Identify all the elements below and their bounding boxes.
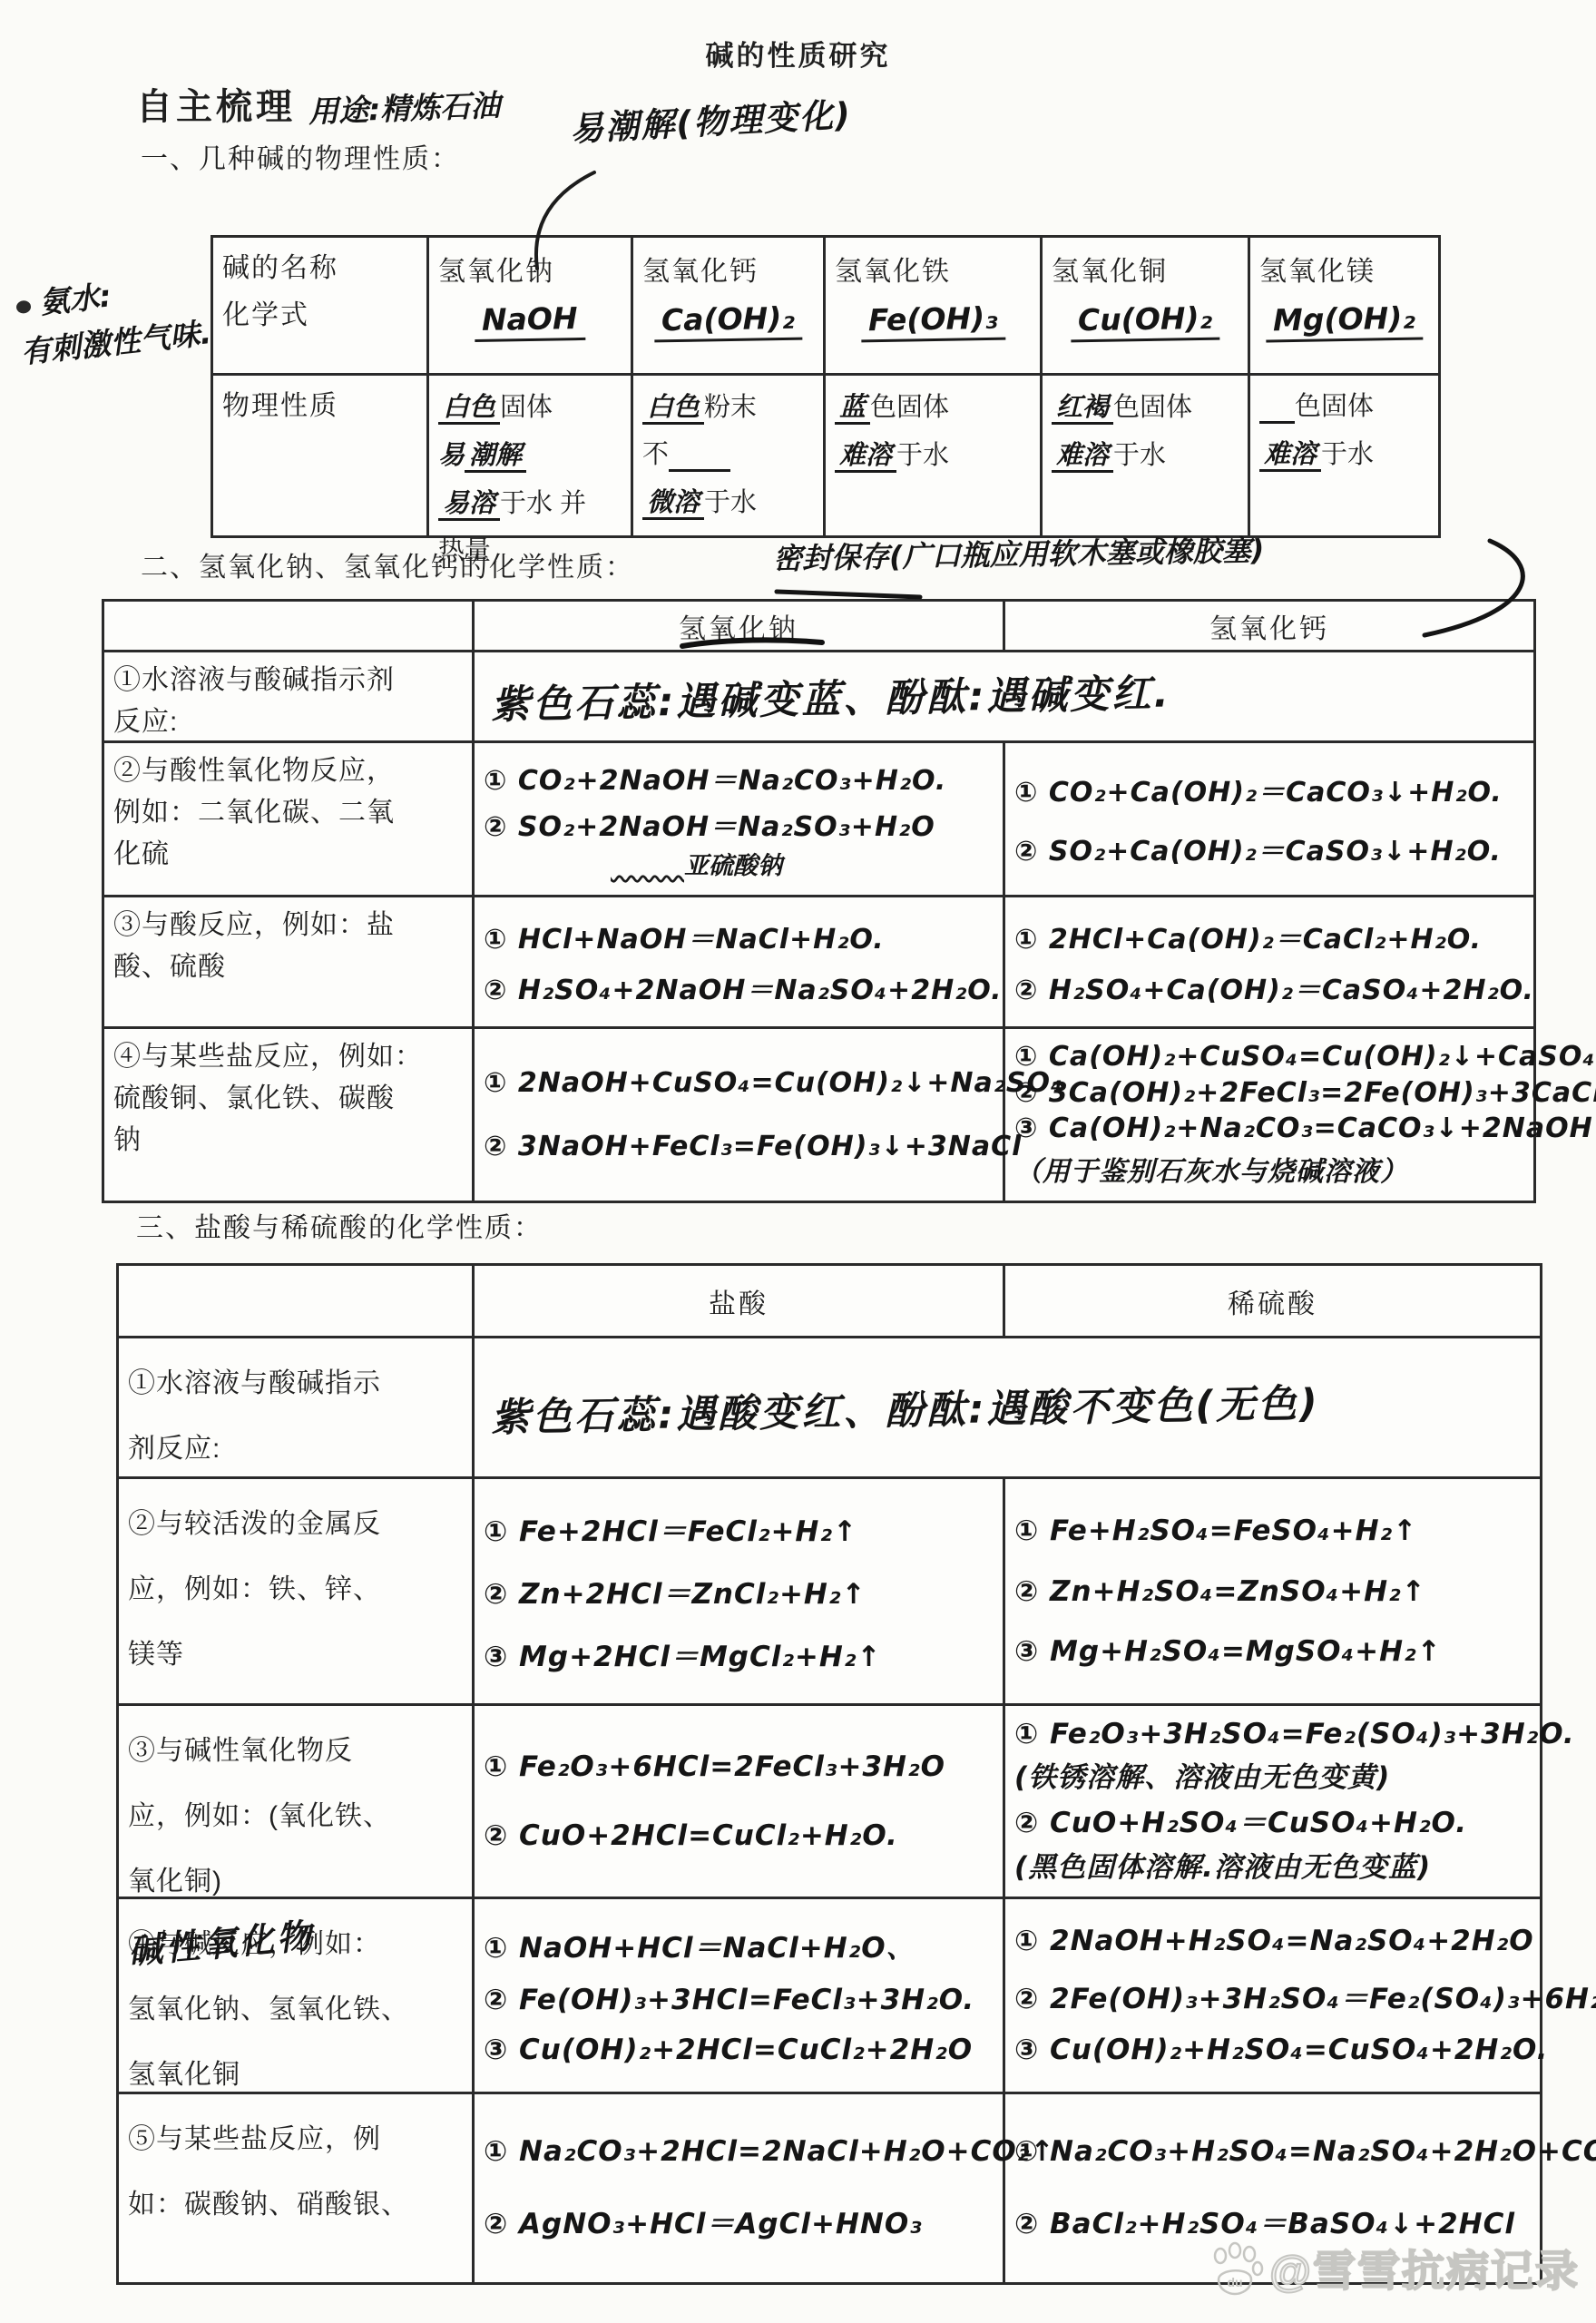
printed-text: 粉末 xyxy=(704,393,757,422)
row-label: ④与某些盐反应，例如：硫酸铜、氯化铁、碳酸钠 xyxy=(104,1029,475,1203)
row-label-line: ③与酸反应，例如：盐 xyxy=(113,905,463,946)
indicator-handwritten-cell: 紫色石蕊:遇酸变红、酚酞:遇酸不变色(无色) xyxy=(475,1338,1542,1479)
equation-line: ② CuO+2HCl=CuCl₂+H₂O. xyxy=(484,1819,994,1852)
row-label: ③与碱性氧化物反应，例如：(氧化铁、氧化铜)碱性氧化物 xyxy=(119,1706,475,1899)
equations-cell-right: ① Fe+H₂SO₄=FeSO₄+H₂↑② Zn+H₂SO₄=ZnSO₄+H₂↑… xyxy=(1005,1479,1542,1706)
svg-text:du: du xyxy=(1228,2275,1243,2289)
equation-line: ③ Mg+H₂SO₄=MgSO₄+H₂↑ xyxy=(1014,1635,1531,1668)
equation-line: (铁锈溶解、溶液由无色变黄) xyxy=(1014,1754,1531,1795)
equation-line: ① 2HCl+Ca(OH)₂＝CaCl₂+H₂O. xyxy=(1014,916,1524,956)
row-label-line: 反应: xyxy=(113,701,463,743)
row-label: ③与酸反应，例如：盐酸、硫酸 xyxy=(104,897,475,1029)
handwritten-indicator-text: 紫色石蕊:遇碱变蓝、酚酞:遇碱变红. xyxy=(491,662,1172,730)
row-label-line: 钠 xyxy=(113,1120,463,1161)
equation-line: ③ Cu(OH)₂+2HCl=CuCl₂+2H₂O xyxy=(484,2034,994,2066)
handwritten-note: 亚硫酸钠 xyxy=(611,846,994,881)
bullet-dot-icon xyxy=(15,299,31,314)
formula-wrap: Mg(OH)₂ xyxy=(1259,289,1429,341)
equations-cell-left: ① HCl+NaOH＝NaCl+H₂O.② H₂SO₄+2NaOH＝Na₂SO₄… xyxy=(475,897,1005,1029)
intro-heading: 自主梳理 xyxy=(136,87,296,127)
printed-text: 于水 xyxy=(1113,441,1166,470)
table1-header-cell: 氢氧化钙Ca(OH)₂ xyxy=(633,238,826,376)
equations-cell-right: ① 2NaOH+H₂SO₄=Na₂SO₄+2H₂O② 2Fe(OH)₃+3H₂S… xyxy=(1005,1899,1542,2094)
equation-line: ② 2Fe(OH)₃+3H₂SO₄＝Fe₂(SO₄)₃+6H₂O. xyxy=(1014,1975,1531,2016)
equation-line: ① Fe+2HCl＝FeCl₂+H₂↑ xyxy=(484,1508,994,1549)
equations-cell-right: ① 2HCl+Ca(OH)₂＝CaCl₂+H₂O.② H₂SO₄+Ca(OH)₂… xyxy=(1005,897,1536,1029)
property-line: 难溶于水 xyxy=(1052,431,1239,479)
equation-line: ② SO₂+Ca(OH)₂＝CaSO₃↓+H₂O. xyxy=(1014,828,1524,868)
equation-line: ① Fe₂O₃+3H₂SO₄=Fe₂(SO₄)₃+3H₂O. xyxy=(1014,1718,1531,1750)
row-label-line: ②与酸性氧化物反应， xyxy=(113,750,463,792)
wavy-underline xyxy=(611,852,684,880)
base-name: 氢氧化铁 xyxy=(835,249,1031,289)
physical-properties-table: 碱的名称化学式氢氧化钠NaOH氢氧化钙Ca(OH)₂氢氧化铁Fe(OH)₃氢氧化… xyxy=(211,235,1441,538)
equation-line: ① NaOH+HCl＝NaCl+H₂O、 xyxy=(484,1925,994,1965)
property-line: 微溶于水 xyxy=(642,478,814,526)
section1-annotation-handwritten: 易潮解(物理变化) xyxy=(569,87,853,151)
property-line: 色固体 xyxy=(1259,383,1429,430)
corner-cell xyxy=(119,1266,475,1338)
section2-heading: 二、氢氧化钠、氢氧化钙的化学性质： xyxy=(141,544,634,584)
equation-line: ② 3Ca(OH)₂+2FeCl₃=2Fe(OH)₃+3CaCl₂ xyxy=(1014,1077,1524,1109)
row-label-line: ①水溶液与酸碱指示剂 xyxy=(113,660,463,701)
row-label-line: 应，例如：(氧化铁、 xyxy=(128,1784,463,1849)
handwritten-fill: 难溶 xyxy=(1052,439,1113,473)
equation-line: ② Fe(OH)₃+3HCl=FeCl₃+3H₂O. xyxy=(484,1984,994,2016)
printed-text: 色固体 xyxy=(870,393,949,422)
row-label-line: 应，例如：铁、锌、 xyxy=(128,1557,463,1622)
equations-cell-left: ① Fe₂O₃+6HCl=2FeCl₃+3H₂O② CuO+2HCl=CuCl₂… xyxy=(475,1706,1005,1899)
handwritten-formula: Fe(OH)₃ xyxy=(860,300,1004,343)
printed-text: 于水 xyxy=(1321,440,1374,469)
handwritten-fill: 红褐 xyxy=(1052,391,1113,425)
handwritten-fill: 难溶 xyxy=(835,439,896,473)
property-line: 易潮解 xyxy=(438,431,622,479)
scanned-worksheet-page: 碱的性质研究 自主梳理用途:精炼石油 一、几种碱的物理性质： 易潮解(物理变化)… xyxy=(0,0,1596,2323)
table1-physical-cell: 白色固体易潮解易溶于水 并热量 xyxy=(429,376,633,538)
margin-note-handwritten: 氨水: 有刺激性气味. xyxy=(14,262,213,376)
section3-heading: 三、盐酸与稀硫酸的化学性质： xyxy=(136,1205,543,1245)
equation-line: ① Fe₂O₃+6HCl=2FeCl₃+3H₂O xyxy=(484,1750,994,1783)
equations-cell-left: ① 2NaOH+CuSO₄=Cu(OH)₂↓+Na₂SO₄② 3NaOH+FeC… xyxy=(475,1029,1005,1203)
table1-physical-cell: 红褐色固体难溶于水 xyxy=(1043,376,1250,538)
equation-line: ② Zn+H₂SO₄=ZnSO₄+H₂↑ xyxy=(1014,1575,1531,1608)
equation-line: （用于鉴别石灰水与烧碱溶液） xyxy=(1014,1149,1524,1189)
row-label: ⑤与某些盐反应，例如：碳酸钠、硝酸银、 xyxy=(119,2094,475,2285)
row-label-line: ③与碱性氧化物反 xyxy=(128,1719,463,1784)
property-line: 蓝色固体 xyxy=(835,383,1031,431)
column-header: 盐酸 xyxy=(475,1266,1005,1338)
property-line: 难溶于水 xyxy=(1259,430,1429,478)
equations-cell-left: ① Fe+2HCl＝FeCl₂+H₂↑② Zn+2HCl＝ZnCl₂+H₂↑③ … xyxy=(475,1479,1005,1706)
equation-line: ① HCl+NaOH＝NaCl+H₂O. xyxy=(484,916,994,956)
property-line: 易溶于水 并 xyxy=(438,479,622,527)
indicator-handwritten-cell: 紫色石蕊:遇碱变蓝、酚酞:遇碱变红. xyxy=(475,652,1536,743)
handwritten-formula: NaOH xyxy=(475,300,585,342)
handwritten-fill: 白色 xyxy=(438,391,500,425)
printed-text xyxy=(1259,392,1295,424)
handwritten-fill: 蓝 xyxy=(835,391,870,425)
equation-line: ① CO₂+2NaOH＝Na₂CO₃+H₂O. xyxy=(484,758,994,798)
equations-cell-left: ① CO₂+2NaOH＝Na₂CO₃+H₂O.② SO₂+2NaOH＝Na₂SO… xyxy=(475,743,1005,897)
equations-cell-left: ① Na₂CO₃+2HCl=2NaCl+H₂O+CO₂↑② AgNO₃+HCl＝… xyxy=(475,2094,1005,2285)
base-name: 氢氧化镁 xyxy=(1259,249,1429,289)
printed-text xyxy=(669,440,730,472)
base-name: 氢氧化钠 xyxy=(438,249,622,289)
table1-header-cell: 氢氧化铜Cu(OH)₂ xyxy=(1043,238,1250,376)
intro-annotation-handwritten: 用途:精炼石油 xyxy=(308,82,501,131)
equation-line: ① Na₂CO₃+H₂SO₄=Na₂SO₄+2H₂O+CO₂↑ xyxy=(1014,2135,1531,2168)
watermark-text: @雪雪抗病记录 xyxy=(1269,2238,1580,2298)
row-label: ②与较活泼的金属反应，例如：铁、锌、镁等 xyxy=(119,1479,475,1706)
row-label-line: ⑤与某些盐反应，例 xyxy=(128,2107,463,2172)
table1-physical-cell: 白色粉末不 微溶于水 xyxy=(633,376,826,538)
table1-header-cell: 氢氧化铁Fe(OH)₃ xyxy=(826,238,1043,376)
underline-stroke xyxy=(777,592,920,597)
equations-cell-right: ① CO₂+Ca(OH)₂＝CaCO₃↓+H₂O.② SO₂+Ca(OH)₂＝C… xyxy=(1005,743,1536,897)
row-label-line: 酸、硫酸 xyxy=(113,946,463,988)
printed-text: 固体 xyxy=(500,393,553,422)
column-header: 稀硫酸 xyxy=(1005,1266,1542,1338)
handwritten-formula: Cu(OH)₂ xyxy=(1071,300,1220,343)
row-label: ①水溶液与酸碱指示剂反应: xyxy=(104,652,475,743)
handwritten-fill: 易 xyxy=(438,439,465,470)
table1-physical-cell: 蓝色固体难溶于水 xyxy=(826,376,1043,538)
equations-cell-left: ① NaOH+HCl＝NaCl+H₂O、② Fe(OH)₃+3HCl=FeCl₃… xyxy=(475,1899,1005,2094)
handwritten-fill: 微溶 xyxy=(642,486,704,520)
table1-physical-cell: 色固体难溶于水 xyxy=(1250,376,1441,538)
row-label-line: ④与某些盐反应，例如： xyxy=(113,1036,463,1078)
row-label-line: 剂反应: xyxy=(128,1416,463,1482)
hcl-h2so4-chemical-properties-table: 盐酸稀硫酸①水溶液与酸碱指示剂反应:紫色石蕊:遇酸变红、酚酞:遇酸不变色(无色)… xyxy=(116,1263,1542,2285)
equation-line: ① Na₂CO₃+2HCl=2NaCl+H₂O+CO₂↑ xyxy=(484,2135,994,2168)
printed-text: 色固体 xyxy=(1113,393,1192,422)
printed-text: 不 xyxy=(642,440,669,469)
equation-line: ① CO₂+Ca(OH)₂＝CaCO₃↓+H₂O. xyxy=(1014,769,1524,809)
handwritten-fill: 潮解 xyxy=(465,439,526,473)
equation-line: ① 2NaOH+H₂SO₄=Na₂SO₄+2H₂O xyxy=(1014,1925,1531,1957)
row-label-line: ②与较活泼的金属反 xyxy=(128,1492,463,1557)
formula-wrap: Cu(OH)₂ xyxy=(1052,289,1239,341)
equation-line: (黑色固体溶解.溶液由无色变蓝) xyxy=(1014,1844,1531,1885)
base-name: 氢氧化钙 xyxy=(642,249,814,289)
equation-line: ③ Cu(OH)₂+H₂SO₄=CuSO₄+2H₂O. xyxy=(1014,2034,1531,2066)
naoh-caoh-chemical-properties-table: 氢氧化钠氢氧化钙①水溶液与酸碱指示剂反应:紫色石蕊:遇碱变蓝、酚酞:遇碱变红.②… xyxy=(102,599,1536,1203)
note-text: 亚硫酸钠 xyxy=(684,852,782,880)
printed-text: 于水 并 xyxy=(500,489,586,518)
equation-line: ① 2NaOH+CuSO₄=Cu(OH)₂↓+Na₂SO₄ xyxy=(484,1067,994,1099)
equation-line: ② 3NaOH+FeCl₃=Fe(OH)₃↓+3NaCl xyxy=(484,1131,994,1162)
intro-row: 自主梳理用途:精炼石油 xyxy=(136,78,500,130)
handwritten-fill: 易溶 xyxy=(438,487,500,521)
table1-corner-cell: 碱的名称化学式 xyxy=(213,238,429,376)
equation-line: ② H₂SO₄+2NaOH＝Na₂SO₄+2H₂O. xyxy=(484,967,994,1007)
property-line: 不 xyxy=(642,431,814,478)
row-label: ②与酸性氧化物反应，例如：二氧化碳、二氧化硫 xyxy=(104,743,475,897)
property-line: 白色固体 xyxy=(438,383,622,431)
equation-line: ② SO₂+2NaOH＝Na₂SO₃+H₂O xyxy=(484,804,994,844)
table1-header-cell: 氢氧化镁Mg(OH)₂ xyxy=(1250,238,1441,376)
table1-header-cell: 氢氧化钠NaOH xyxy=(429,238,633,376)
handwritten-indicator-text: 紫色石蕊:遇酸变红、酚酞:遇酸不变色(无色) xyxy=(491,1373,1321,1443)
row-label-line: 氢氧化钠、氢氧化铁、 xyxy=(128,1977,463,2043)
equation-line: ② Zn+2HCl＝ZnCl₂+H₂↑ xyxy=(484,1571,994,1612)
watermark: du @雪雪抗病记录 xyxy=(1208,2238,1580,2298)
formula-wrap: Fe(OH)₃ xyxy=(835,289,1031,341)
section1-heading: 一、几种碱的物理性质： xyxy=(141,136,460,176)
table1-row-label: 物理性质 xyxy=(213,376,429,538)
formula-wrap: NaOH xyxy=(438,289,622,341)
corner-cell xyxy=(104,602,475,652)
equation-line: ③ Mg+2HCl＝MgCl₂+H₂↑ xyxy=(484,1633,994,1674)
handwritten-fill: 白色 xyxy=(642,391,704,425)
formula-wrap: Ca(OH)₂ xyxy=(642,289,814,341)
row-label-line: 镁等 xyxy=(128,1622,463,1688)
row-label-line: 化硫 xyxy=(113,834,463,876)
handwritten-formula: Ca(OH)₂ xyxy=(654,300,803,343)
equation-line: ② BaCl₂+H₂SO₄＝BaSO₄↓+2HCl xyxy=(1014,2200,1531,2241)
row-label-line: 例如：二氧化碳、二氧 xyxy=(113,792,463,834)
baidu-paw-icon: du xyxy=(1208,2240,1266,2298)
base-name: 氢氧化铜 xyxy=(1052,249,1239,289)
equation-line: ② H₂SO₄+Ca(OH)₂＝CaSO₄+2H₂O. xyxy=(1014,967,1524,1007)
printed-text: 色固体 xyxy=(1295,392,1374,421)
printed-text: 于水 xyxy=(896,441,949,470)
property-line: 难溶于水 xyxy=(835,431,1031,479)
equation-line: ③ Ca(OH)₂+Na₂CO₃=CaCO₃↓+2NaOH xyxy=(1014,1112,1524,1144)
table1-corner-line: 碱的名称 xyxy=(222,245,417,292)
equation-line: ① Fe+H₂SO₄=FeSO₄+H₂↑ xyxy=(1014,1514,1531,1547)
row-label-line: ①水溶液与酸碱指示 xyxy=(128,1351,463,1416)
handwritten-formula: Mg(OH)₂ xyxy=(1266,299,1423,342)
page-title: 碱的性质研究 xyxy=(0,33,1596,74)
equations-cell-right: ① Ca(OH)₂+CuSO₄=Cu(OH)₂↓+CaSO₄↓② 3Ca(OH)… xyxy=(1005,1029,1536,1203)
row-label: ①水溶液与酸碱指示剂反应: xyxy=(119,1338,475,1479)
property-line: 红褐色固体 xyxy=(1052,383,1239,431)
printed-text: 于水 xyxy=(704,488,757,517)
equations-cell-right: ① Fe₂O₃+3H₂SO₄=Fe₂(SO₄)₃+3H₂O.(铁锈溶解、溶液由无… xyxy=(1005,1706,1542,1899)
row-label-line: 如：碳酸钠、硝酸银、 xyxy=(128,2172,463,2238)
table1-corner-line: 化学式 xyxy=(222,292,417,339)
equation-line: ② CuO+H₂SO₄＝CuSO₄+H₂O. xyxy=(1014,1799,1531,1840)
property-line: 白色粉末 xyxy=(642,383,814,431)
row-label-line: 硫酸铜、氯化铁、碳酸 xyxy=(113,1078,463,1120)
equation-line: ① Ca(OH)₂+CuSO₄=Cu(OH)₂↓+CaSO₄↓ xyxy=(1014,1041,1524,1073)
column-header: 氢氧化钠 xyxy=(475,602,1005,652)
section2-annotation-handwritten: 密封保存(广口瓶应用软木塞或橡胶塞) xyxy=(773,527,1265,577)
equation-line: ② AgNO₃+HCl＝AgCl+HNO₃ xyxy=(484,2200,994,2241)
column-header: 氢氧化钙 xyxy=(1005,602,1536,652)
handwritten-fill: 难溶 xyxy=(1259,438,1321,472)
